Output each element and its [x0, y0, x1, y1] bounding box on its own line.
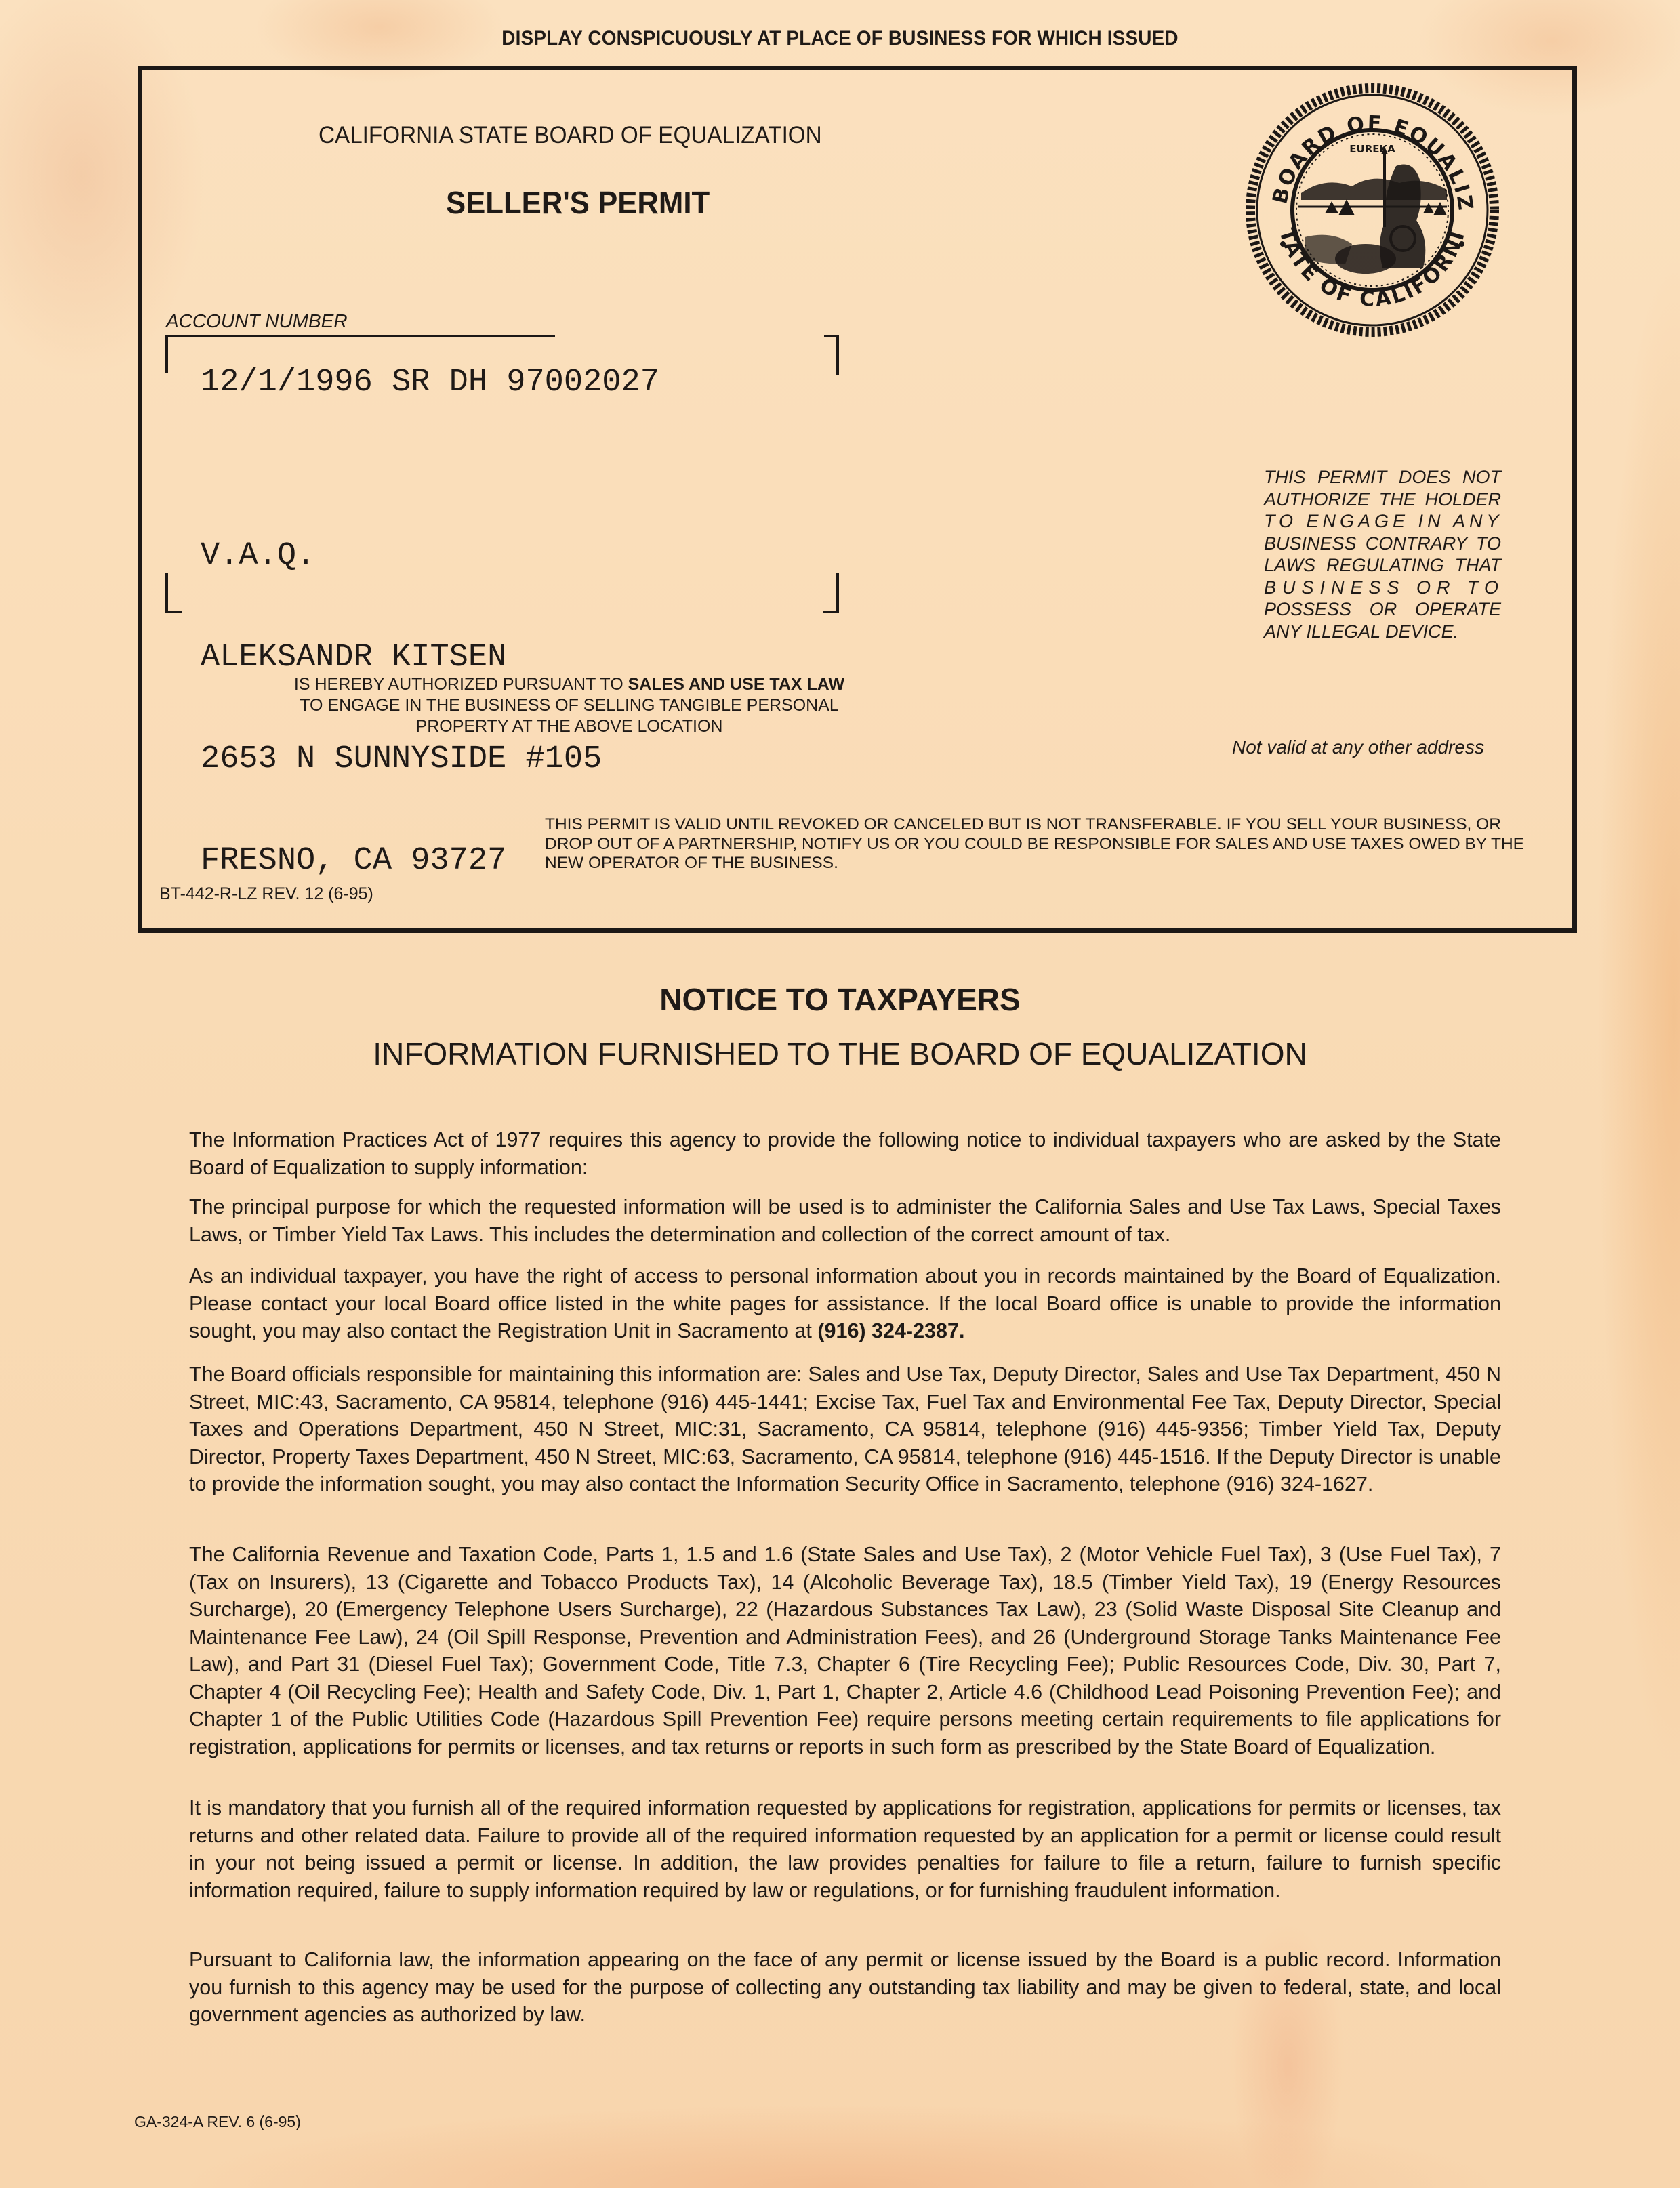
notice-paragraph-public-record: Pursuant to California law, the informat… — [189, 1946, 1501, 2029]
city-state-zip: FRESNO, CA 93727 — [201, 844, 602, 878]
permit-form-code: BT-442-R-LZ REV. 12 (6-95) — [159, 884, 373, 904]
restriction-line: BUSINESS CONTRARY TO — [1264, 533, 1501, 555]
bracket-top-right — [824, 335, 839, 375]
business-name: V.A.Q. — [201, 539, 602, 573]
notice-paragraph-purpose: The principal purpose for which the requ… — [189, 1193, 1501, 1248]
authorization-line-2: TO ENGAGE IN THE BUSINESS OF SELLING TAN… — [271, 695, 867, 716]
account-number-label: ACCOUNT NUMBER — [166, 310, 348, 332]
registration-phone: (916) 324-2387 — [817, 1319, 959, 1342]
notice-paragraph-officials: The Board officials responsible for main… — [189, 1361, 1501, 1498]
notice-subtitle: INFORMATION FURNISHED TO THE BOARD OF EQ… — [0, 1035, 1680, 1072]
restriction-line: ANY ILLEGAL DEVICE. — [1264, 621, 1501, 643]
authorization-law: SALES AND USE TAX LAW — [628, 675, 844, 694]
notice-paragraph-mandatory: It is mandatory that you furnish all of … — [189, 1794, 1501, 1904]
restriction-line: LAWS REGULATING THAT — [1264, 554, 1501, 577]
authorization-statement: IS HEREBY AUTHORIZED PURSUANT TO SALES A… — [271, 674, 867, 737]
owner-name: ALEKSANDR KITSEN — [201, 641, 602, 675]
authorization-prefix: IS HEREBY AUTHORIZED PURSUANT TO — [294, 675, 628, 694]
bracket-top-left — [165, 335, 176, 373]
permit-title: SELLER'S PERMIT — [446, 184, 710, 221]
account-underline — [165, 335, 555, 337]
restriction-line: POSSESS OR OPERATE — [1264, 598, 1501, 621]
notice-paragraph-intro: The Information Practices Act of 1977 re… — [189, 1126, 1501, 1181]
restriction-line: TO ENGAGE IN ANY — [1264, 510, 1501, 533]
display-notice: DISPLAY CONSPICUOUSLY AT PLACE OF BUSINE… — [59, 27, 1621, 50]
notice-paragraph-access: As an individual taxpayer, you have the … — [189, 1262, 1501, 1345]
notice-paragraph-legal-codes: The California Revenue and Taxation Code… — [189, 1541, 1501, 1760]
not-valid-notice: Not valid at any other address — [1232, 737, 1484, 758]
bracket-bottom-right — [823, 573, 839, 613]
account-number: 12/1/1996 SR DH 97002027 — [201, 367, 659, 398]
restriction-line: BUSINESS OR TO — [1264, 577, 1501, 599]
authorization-line-3: PROPERTY AT THE ABOVE LOCATION — [271, 716, 867, 737]
notice-title: NOTICE TO TAXPAYERS — [0, 981, 1680, 1018]
svg-text:EUREKA: EUREKA — [1349, 143, 1395, 155]
permit-restriction-notice: THIS PERMIT DOES NOT AUTHORIZE THE HOLDE… — [1264, 466, 1501, 642]
validity-statement: THIS PERMIT IS VALID UNTIL REVOKED OR CA… — [545, 815, 1534, 873]
agency-name: CALIFORNIA STATE BOARD OF EQUALIZATION — [319, 122, 822, 149]
state-seal-icon: STATE BOARD OF EQUALIZATION STATE OF CAL… — [1244, 81, 1501, 339]
restriction-line: AUTHORIZE THE HOLDER — [1264, 489, 1501, 511]
restriction-line: THIS PERMIT DOES NOT — [1264, 466, 1501, 489]
street-address: 2653 N SUNNYSIDE #105 — [201, 743, 602, 777]
bracket-bottom-left — [165, 573, 182, 613]
notice-form-code: GA-324-A REV. 6 (6-95) — [134, 2113, 301, 2131]
